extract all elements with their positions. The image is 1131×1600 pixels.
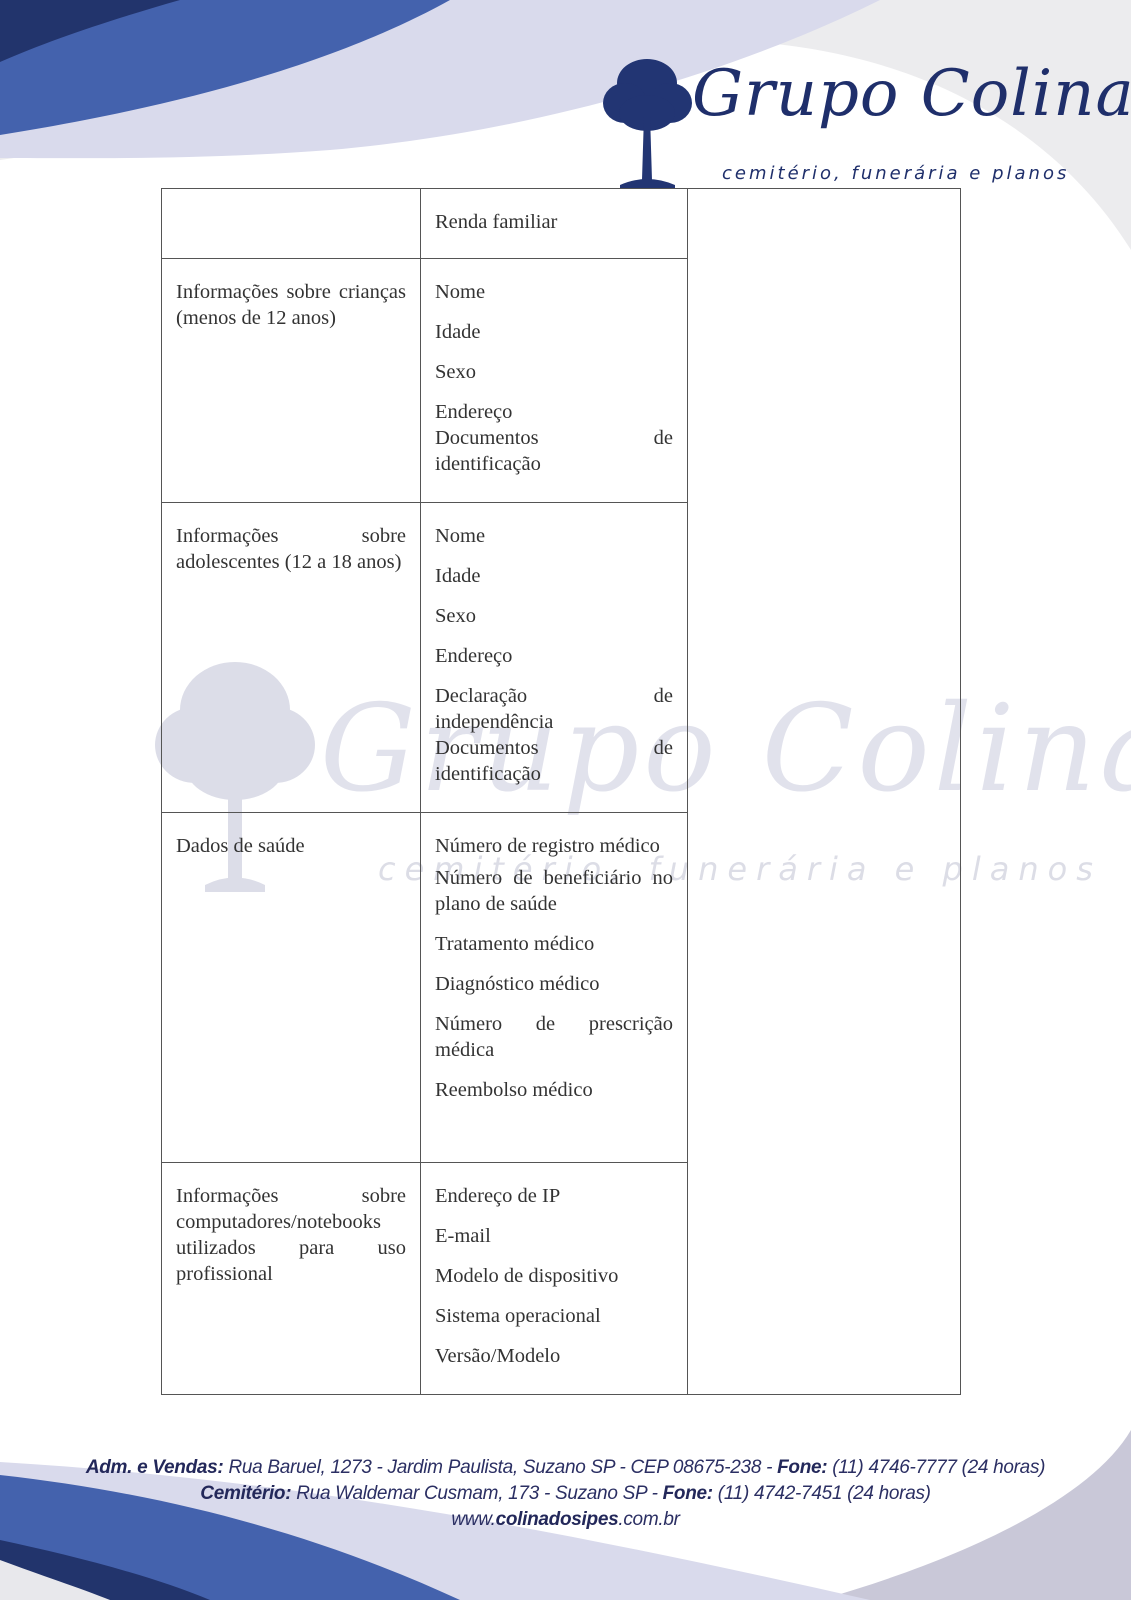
website-link[interactable]: www.colinadosipes.com.br xyxy=(0,1507,1131,1533)
list-item: Endereço xyxy=(435,643,673,669)
items-cell: Endereço de IP E-mail Modelo de disposit… xyxy=(421,1163,688,1395)
list-item: Versão/Modelo xyxy=(435,1343,673,1369)
cemetery-phone: (11) 4742-7451 (24 horas) xyxy=(718,1483,931,1504)
tree-icon xyxy=(600,55,695,190)
list-item: Sexo xyxy=(435,603,673,629)
category-label: Informações sobre crianças (menos de 12 … xyxy=(176,279,406,331)
category-cell: Dados de saúde xyxy=(162,813,421,1163)
category-cell: Informações sobre crianças (menos de 12 … xyxy=(162,259,421,503)
list-item: Reembolso médico xyxy=(435,1077,673,1103)
list-item: Número de prescrição médica xyxy=(435,1011,673,1063)
list-item: Diagnóstico médico xyxy=(435,971,673,997)
list-item: Renda familiar xyxy=(435,209,673,235)
list-item: Idade xyxy=(435,319,673,345)
category-label: Informações sobre adolescentes (12 a 18 … xyxy=(176,523,406,575)
category-cell: Informações sobre computadores/notebooks… xyxy=(162,1163,421,1395)
footer-contact: Adm. e Vendas: Rua Baruel, 1273 - Jardim… xyxy=(0,1455,1131,1533)
list-item: Número de registro médico xyxy=(435,833,673,859)
category-cell xyxy=(162,189,421,259)
notes-cell xyxy=(688,189,961,1395)
list-item: Nome xyxy=(435,523,673,549)
items-cell: Renda familiar xyxy=(421,189,688,259)
footer-sales-line: Adm. e Vendas: Rua Baruel, 1273 - Jardim… xyxy=(0,1455,1131,1481)
list-item: E-mail xyxy=(435,1223,673,1249)
list-item: Número de beneficiário no plano de saúde xyxy=(435,865,673,917)
items-cell: Nome Idade Sexo Endereço Declaração de i… xyxy=(421,503,688,813)
list-item: Nome xyxy=(435,279,673,305)
items-cell: Número de registro médico Número de bene… xyxy=(421,813,688,1163)
items-cell: Nome Idade Sexo Endereço Documentos de i… xyxy=(421,259,688,503)
list-item: Declaração de independência xyxy=(435,683,673,735)
list-item: Modelo de dispositivo xyxy=(435,1263,673,1289)
brand-wordmark: Grupo Colina xyxy=(692,57,1131,131)
list-item: Endereço de IP xyxy=(435,1183,673,1209)
list-item: Sexo xyxy=(435,359,673,385)
category-label: Dados de saúde xyxy=(176,833,406,859)
list-item: Endereço xyxy=(435,399,673,425)
table-row: Renda familiar xyxy=(162,189,961,259)
list-item: Documentos de identificação xyxy=(435,425,673,477)
category-label: Informações sobre computadores/notebooks… xyxy=(176,1183,406,1287)
list-item: Tratamento médico xyxy=(435,931,673,957)
sales-phone: (11) 4746-7777 (24 horas) xyxy=(832,1457,1045,1478)
list-item: Sistema operacional xyxy=(435,1303,673,1329)
company-logo: Grupo Colina cemitério, funerária e plan… xyxy=(600,55,1070,190)
personal-data-table: Renda familiar Informações sobre criança… xyxy=(161,188,961,1395)
list-item: Documentos de identificação xyxy=(435,735,673,787)
brand-tagline: cemitério, funerária e planos xyxy=(722,163,1069,184)
footer-cemetery-line: Cemitério: Rua Waldemar Cusmam, 173 - Su… xyxy=(0,1481,1131,1507)
list-item: Idade xyxy=(435,563,673,589)
category-cell: Informações sobre adolescentes (12 a 18 … xyxy=(162,503,421,813)
